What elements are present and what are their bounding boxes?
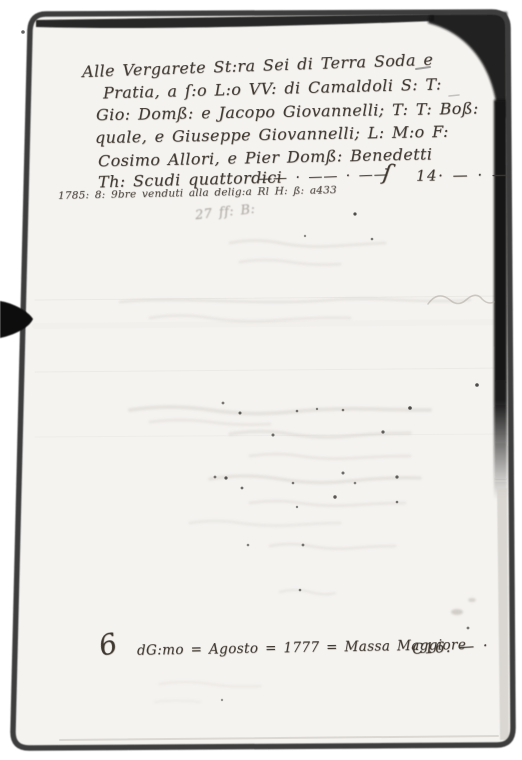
frame-layer: [0, 0, 522, 760]
ink-blot: [0, 301, 33, 338]
manuscript-scan: Alle Vergarete St:ra Sei di Terra Soda e…: [0, 0, 522, 760]
photo-frame: [13, 12, 513, 748]
